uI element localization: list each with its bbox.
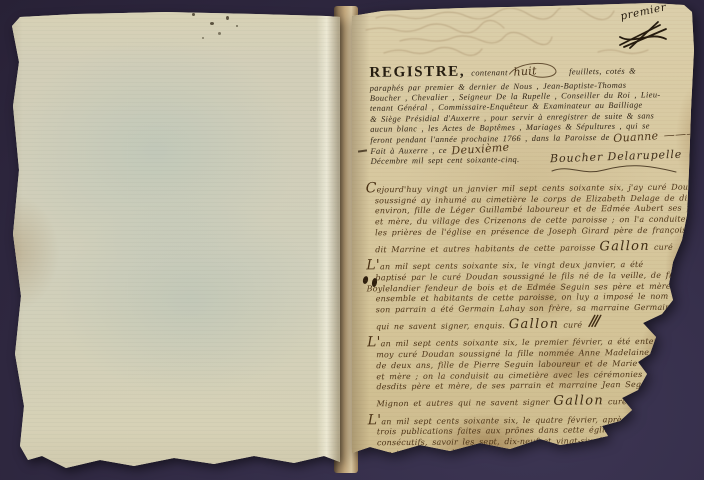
entry-line: et mère, du village des Crizenons de cet…	[366, 215, 676, 228]
ink-speck	[192, 13, 195, 16]
signature-paraph-slashes	[631, 391, 647, 404]
printed-line: aucun blanc , les Actes de Baptêmes , Ma…	[370, 121, 672, 135]
lieutenant-signature: Boucher Delarupelle	[550, 148, 683, 166]
ink-bleedthrough-marks	[360, 8, 690, 66]
entry-signature-row: qui ne savent signer, enquis. Gallon cur…	[367, 313, 677, 332]
printed-line: feront pendant l'année prochaine 1766 , …	[370, 133, 609, 145]
entry-line: dit Marrine et autres habitants de cette…	[366, 243, 595, 256]
entry-line: soussigné ay inhumé au cimetière le corp…	[366, 193, 676, 206]
entry-line: moy curé Doudan soussigné la fille nommé…	[367, 348, 677, 361]
ink-speck	[226, 16, 229, 20]
scanned-register-spread: premier REGISTRE, contenant huit feuille…	[0, 0, 704, 480]
cure-signature: Gallon	[509, 319, 560, 330]
contenant-label: contenant	[471, 68, 508, 79]
entry-line: de cette paroisse, d'une part ; et de Ma…	[368, 468, 678, 480]
count-flourish	[508, 62, 560, 83]
signature-paraph-slashes	[586, 314, 602, 327]
entry-signature-row: dit Marrine et autres habitants de cette…	[366, 236, 676, 255]
registre-title: REGISTRE,	[369, 64, 465, 82]
entry-line: son parrain a été Germain Lahay son frèr…	[367, 303, 677, 316]
manuscript-folio-count: huit	[514, 66, 538, 78]
entry-line: qui ne savent signer, enquis.	[367, 321, 505, 333]
feuillets-label: feuillets, cotés &	[569, 67, 636, 78]
manuscript-parish-name: Ouanne ———	[614, 129, 699, 145]
entry-line: Mignon et autres qui ne savent signer	[368, 398, 550, 410]
entry-line: consécutifs, savoir les sept, dix-neuf e…	[368, 436, 678, 449]
printed-register-header: REGISTRE, contenant huit feuillets, coté…	[369, 61, 672, 167]
folio-corner-annotation: premier	[619, 1, 667, 22]
entry-line: L'an mil sept cents soixante six, le pre…	[367, 335, 677, 350]
ink-speck	[202, 37, 204, 39]
left-blank-page	[6, 10, 340, 476]
cure-signature: Gallon	[553, 396, 604, 407]
marriage-banns-entry-chamillon: L'an mil sept cents soixante six, le qua…	[368, 412, 679, 480]
ink-blot	[362, 276, 369, 285]
manuscript-folio-count-wrap: huit	[514, 67, 537, 78]
signature-flourish	[548, 162, 680, 178]
burial-entry-didier: L'an mil sept cents soixante six, le pre…	[367, 335, 678, 410]
entry-line: de Claude Chamillon vigneron et de Marie…	[368, 457, 678, 470]
cure-signature: Gallon	[599, 241, 650, 252]
ink-speck	[236, 25, 238, 27]
entry-line: de deux ans, fille de Pierre Seguin labo…	[367, 358, 677, 371]
entry-line: baptisé par le curé Doudan soussigné le …	[366, 271, 676, 284]
entry-line: Boylelandier fendeur de bois et de Edmée…	[367, 281, 677, 294]
ink-blot	[371, 278, 377, 288]
printed-line: Décembre mil sept cent soixante-cinq.	[371, 154, 673, 168]
entry-line: ensemble et habitants de cette paroisse,…	[367, 292, 677, 305]
printed-line: & Siège Présidial d'Auxerre , pour servi…	[370, 111, 672, 125]
cure-signature-title: curé	[654, 242, 673, 253]
printed-line: tenant Général , Commissaire-Enquêteur &…	[370, 101, 672, 115]
entry-line: et mère ; on la conduisit au cimetière a…	[367, 369, 677, 382]
entry-line: L'an mil sept cents soixante six, le vin…	[366, 258, 676, 273]
printed-line-with-day: Fait à Auxerre , ce Deuxième	[370, 142, 672, 157]
manuscript-entries: Cejourd'huy vingt un janvier mil sept ce…	[366, 181, 679, 480]
margin-tick	[358, 149, 367, 152]
cure-signature-title: curé	[608, 397, 627, 408]
manuscript-day: Deuxième	[451, 143, 510, 157]
baptism-entry-germain: L'an mil sept cents soixante six, le vin…	[366, 258, 677, 333]
right-register-page: premier REGISTRE, contenant huit feuille…	[352, 0, 704, 462]
printed-line: paraphés par premier & dernier de Nous ,…	[370, 80, 672, 94]
printed-line: Boucher , Chevalier , Seigneur De la Rup…	[370, 90, 672, 104]
entry-line: les prières de l'église en présence de J…	[366, 225, 676, 238]
entry-signature-row: Mignon et autres qui ne savent signer Ga…	[368, 391, 678, 410]
entry-line: Cejourd'huy vingt un janvier mil sept ce…	[366, 181, 676, 196]
entry-line: environ, fille de Léger Guillambé labour…	[366, 204, 676, 217]
entry-line: desdits père et mère, de ses parrain et …	[367, 380, 677, 393]
burial-entry-delage: Cejourd'huy vingt un janvier mil sept ce…	[366, 181, 677, 256]
cure-signature-title: curé	[563, 320, 582, 331]
entry-line: des trois bancs de mariage d'entre franç…	[368, 446, 678, 459]
printed-line: Fait à Auxerre , ce	[370, 146, 447, 156]
printed-line-with-parish: feront pendant l'année prochaine 1766 , …	[370, 131, 672, 146]
ink-speck	[218, 32, 221, 35]
entry-line: trois publications faites aux prônes dan…	[368, 425, 678, 438]
cotation-paraph-flourish	[614, 18, 672, 50]
ink-speck	[210, 22, 214, 25]
left-page-wrap	[0, 0, 334, 466]
entry-line: L'an mil sept cents soixante six, le qua…	[368, 412, 678, 427]
header-title-row: REGISTRE, contenant huit feuillets, coté…	[369, 61, 671, 82]
